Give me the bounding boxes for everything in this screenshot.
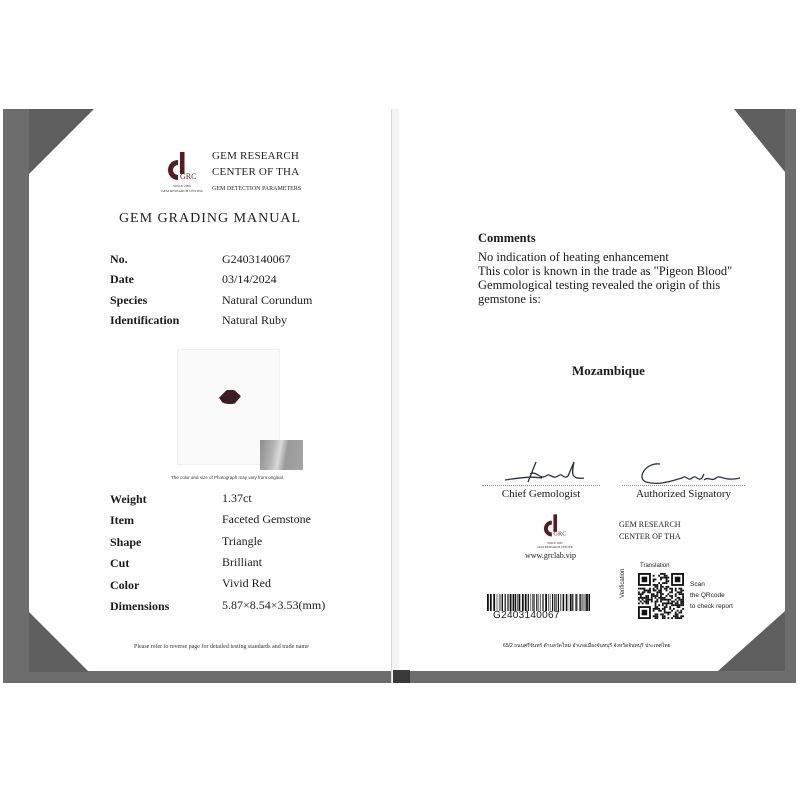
field-label-color: Color xyxy=(110,578,139,593)
field-value-species: Natural Corundum xyxy=(222,293,312,308)
svg-text:GRC: GRC xyxy=(180,172,196,181)
corner-holder-top-right xyxy=(734,109,785,172)
lab-name-footer: GEM RESEARCH CENTER OF THA xyxy=(619,519,681,543)
logo-since: SINCE 2005 xyxy=(158,184,206,188)
barcode xyxy=(487,594,590,611)
comment-line: This color is known in the trade as "Pig… xyxy=(478,264,732,278)
field-value-no: G2403140067 xyxy=(222,252,291,267)
lab-name-line1: GEM RESEARCH xyxy=(212,148,299,164)
document-title: GEM GRADING MANUAL xyxy=(0,211,420,227)
qr-code[interactable] xyxy=(638,573,684,619)
field-label-identification: Identification xyxy=(110,313,179,328)
ruby-gemstone-image xyxy=(219,390,241,404)
logo-caption: GEM RESEARCH CENTER xyxy=(158,189,206,193)
grc-logo-icon: GRC xyxy=(158,152,206,184)
translation-label: Translation xyxy=(640,563,669,569)
photo-disclaimer: The color and size of Photograph may var… xyxy=(171,475,284,480)
lab-address: 65/2 ถนนศรีจันทร์ ตำบลวัดใหม่ อำเภอเมือง… xyxy=(503,642,671,650)
qr-instruction-line: the QRcode xyxy=(690,591,725,601)
folder-spine xyxy=(391,109,399,683)
field-value-item: Faceted Gemstone xyxy=(222,512,311,527)
logo-caption: GEM RESEARCH CENTER xyxy=(532,545,578,549)
field-value-dimensions: 5.87×8.54×3.53(mm) xyxy=(222,598,325,613)
lab-name-line1: GEM RESEARCH xyxy=(619,519,681,531)
hologram-sticker xyxy=(260,440,303,470)
comment-line: No indication of heating enhancement xyxy=(478,250,669,264)
signature-line xyxy=(482,485,600,486)
field-value-shape: Triangle xyxy=(222,534,262,549)
field-label-item: Item xyxy=(110,513,134,528)
footer-note: Please refer to reverse page for detaile… xyxy=(134,644,309,650)
lab-name-line2: CENTER OF THA xyxy=(212,164,299,180)
corner-holder-top-left xyxy=(29,109,94,174)
lab-subtitle: GEM DETECTION PARAMETERS xyxy=(212,186,301,192)
corner-holder-bottom-right xyxy=(718,611,785,671)
svg-text:GRC: GRC xyxy=(553,531,566,538)
website-link[interactable]: www.grclab.vip xyxy=(525,551,576,560)
chief-gemologist-signature xyxy=(500,458,590,488)
grc-logo-icon: GRC xyxy=(536,513,574,541)
comments-heading: Comments xyxy=(478,231,536,246)
field-value-color: Vivid Red xyxy=(222,576,271,591)
barcode-number: G2403140067 xyxy=(493,610,560,621)
authorized-signatory-label: Authorized Signatory xyxy=(622,488,745,500)
field-label-no: No. xyxy=(110,252,128,267)
lab-name-line2: CENTER OF THA xyxy=(619,531,681,543)
chief-gemologist-label: Chief Gemologist xyxy=(482,488,600,500)
field-label-cut: Cut xyxy=(110,556,129,571)
field-value-weight: 1.37ct xyxy=(222,491,252,506)
field-label-species: Species xyxy=(110,293,147,308)
verification-label: Verification xyxy=(620,569,626,598)
folder-spine-base xyxy=(393,670,410,683)
field-value-identification: Natural Ruby xyxy=(222,313,287,328)
field-label-shape: Shape xyxy=(110,535,141,550)
lab-name: GEM RESEARCH CENTER OF THA xyxy=(212,148,299,180)
field-label-weight: Weight xyxy=(110,492,147,507)
authorized-signatory-signature xyxy=(630,458,740,488)
grc-logo-footer: GRC SINCE 2005 GEM RESEARCH CENTER xyxy=(536,513,574,553)
comment-line: gemstone is: xyxy=(478,292,541,306)
grc-logo: GRC SINCE 2005 GEM RESEARCH CENTER xyxy=(158,152,206,196)
right-page xyxy=(398,109,785,671)
origin-country: Mozambique xyxy=(572,363,645,379)
comment-line: Gemmological testing revealed the origin… xyxy=(478,278,720,292)
signature-line xyxy=(622,485,745,486)
field-value-date: 03/14/2024 xyxy=(222,272,277,287)
corner-holder-bottom-left xyxy=(29,612,89,672)
gem-photo xyxy=(177,349,280,465)
field-value-cut: Brilliant xyxy=(222,555,262,570)
qr-instruction-line: to check report xyxy=(690,602,733,612)
field-label-dimensions: Dimensions xyxy=(110,599,169,614)
qr-instruction-line: Scan xyxy=(690,580,705,590)
field-label-date: Date xyxy=(110,272,134,287)
